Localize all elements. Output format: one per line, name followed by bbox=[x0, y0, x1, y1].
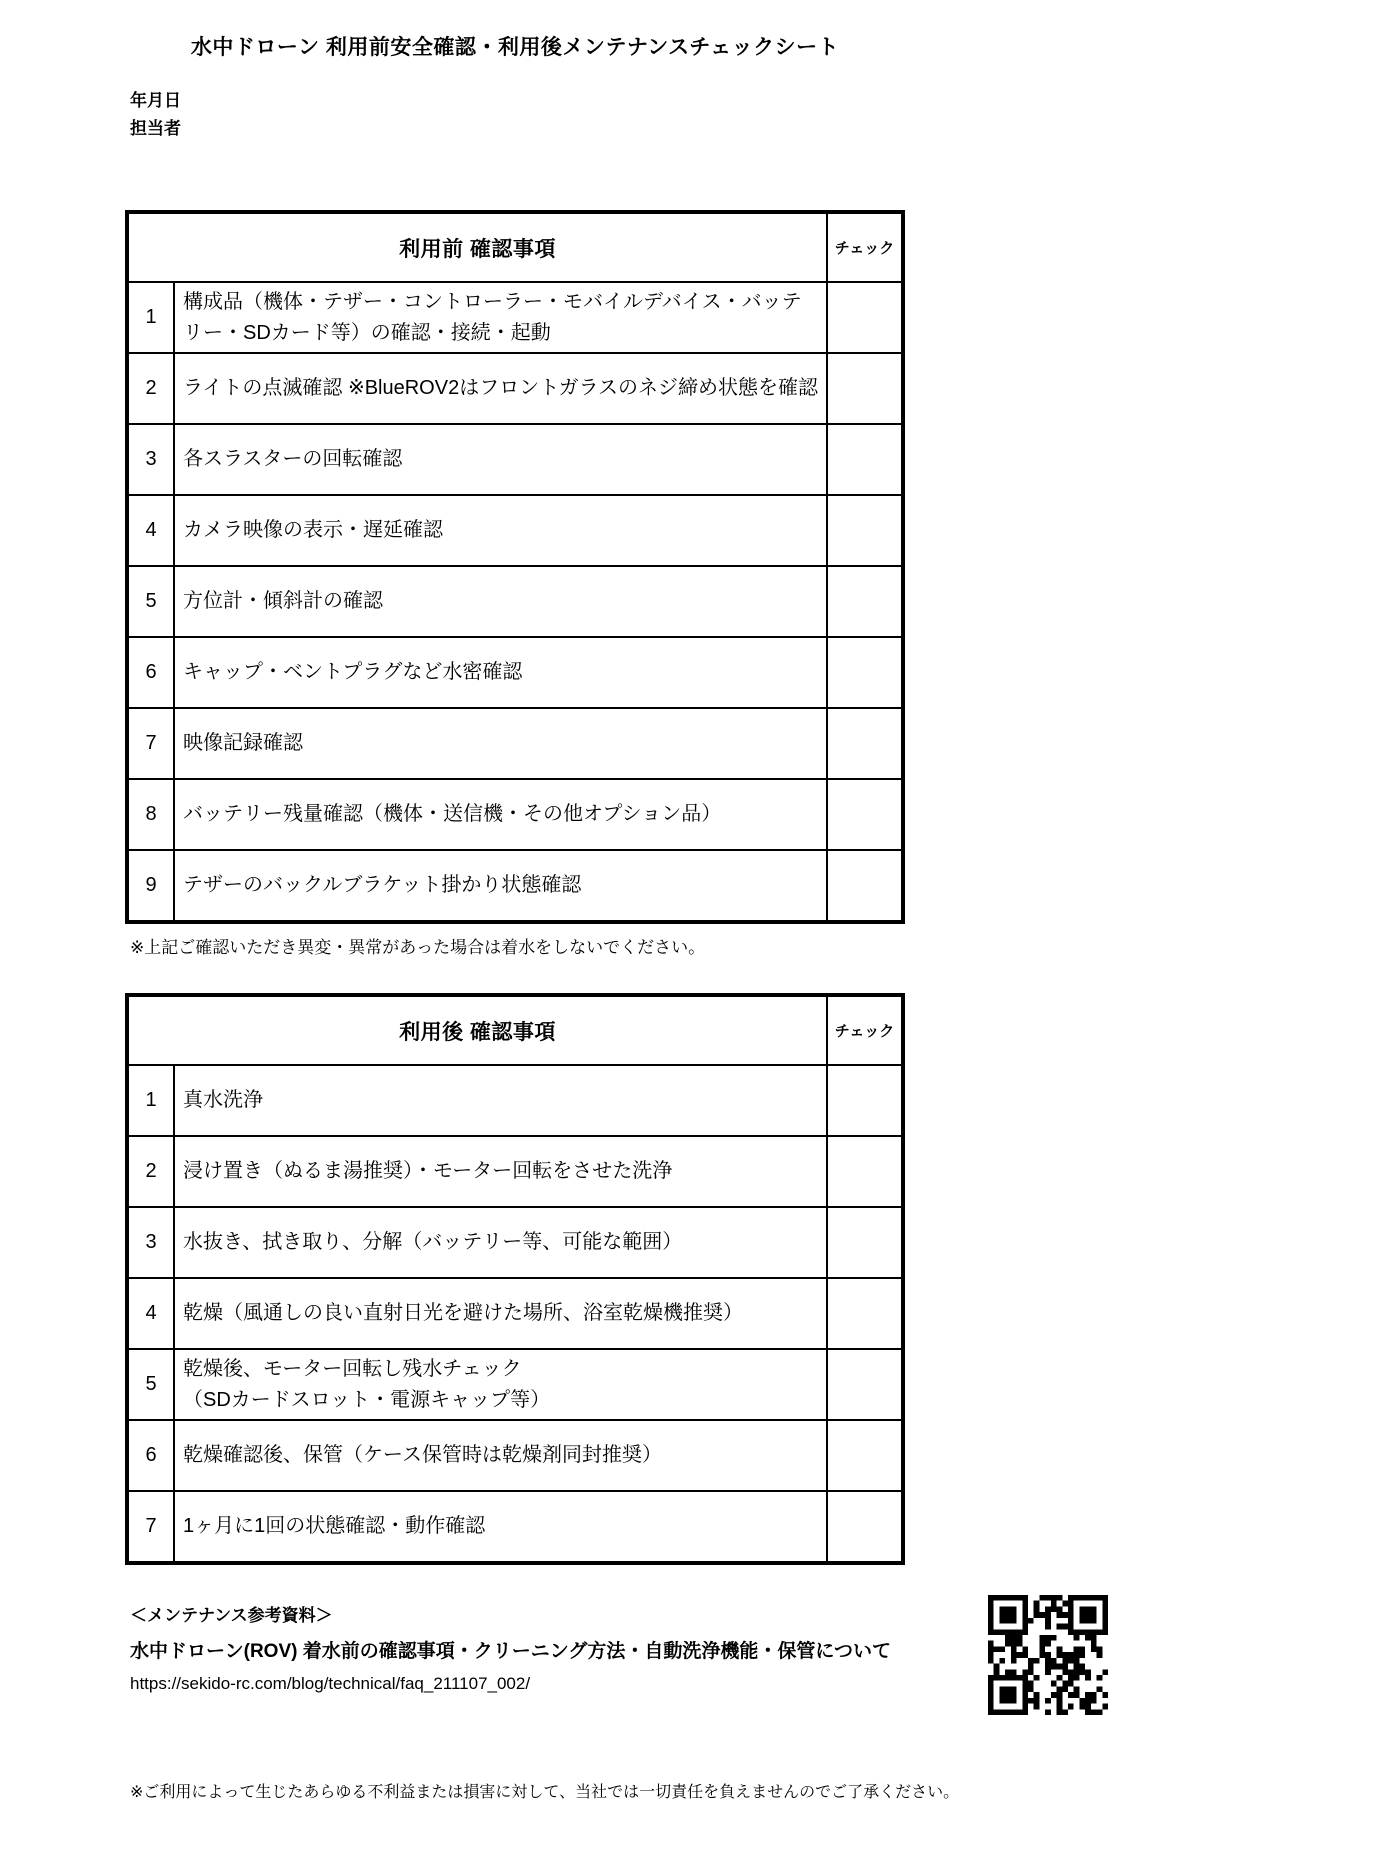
table-row: 6 乾燥確認後、保管（ケース保管時は乾燥剤同封推奨） bbox=[129, 1419, 901, 1490]
row-number: 5 bbox=[129, 1350, 173, 1419]
row-number: 3 bbox=[129, 1208, 173, 1277]
checksheet-page: 水中ドローン 利用前安全確認・利用後メンテナンスチェックシート 年月日 担当者 … bbox=[0, 0, 1400, 1862]
row-number: 2 bbox=[129, 1137, 173, 1206]
check-item-text: 各スラスターの回転確認 bbox=[173, 425, 826, 494]
table-row: 2 浸け置き（ぬるま湯推奨）・モーター回転をさせた洗浄 bbox=[129, 1135, 901, 1206]
row-number: 4 bbox=[129, 496, 173, 565]
check-cell[interactable] bbox=[826, 567, 901, 636]
table-row: 7 1ヶ月に1回の状態確認・動作確認 bbox=[129, 1490, 901, 1561]
table-row: 4 カメラ映像の表示・遅延確認 bbox=[129, 494, 901, 565]
row-number: 8 bbox=[129, 780, 173, 849]
check-cell[interactable] bbox=[826, 1350, 901, 1419]
row-number: 5 bbox=[129, 567, 173, 636]
table-row: 5 乾燥後、モーター回転し残水チェック （SDカードスロット・電源キャップ等） bbox=[129, 1348, 901, 1419]
check-item-text: 映像記録確認 bbox=[173, 709, 826, 778]
row-number: 6 bbox=[129, 1421, 173, 1490]
table-row: 8 バッテリー残量確認（機体・送信機・その他オプション品） bbox=[129, 778, 901, 849]
check-cell[interactable] bbox=[826, 496, 901, 565]
check-cell[interactable] bbox=[826, 1066, 901, 1135]
check-item-text: 乾燥確認後、保管（ケース保管時は乾燥剤同封推奨） bbox=[173, 1421, 826, 1490]
pre-table-note: ※上記ご確認いただき異変・異常があった場合は着水をしないでください。 bbox=[130, 933, 705, 958]
table-row: 5 方位計・傾斜計の確認 bbox=[129, 565, 901, 636]
check-item-text: カメラ映像の表示・遅延確認 bbox=[173, 496, 826, 565]
check-cell[interactable] bbox=[826, 851, 901, 920]
check-cell[interactable] bbox=[826, 1208, 901, 1277]
row-number: 4 bbox=[129, 1279, 173, 1348]
check-item-text: 浸け置き（ぬるま湯推奨）・モーター回転をさせた洗浄 bbox=[173, 1137, 826, 1206]
check-cell[interactable] bbox=[826, 425, 901, 494]
post-table-header: 利用後 確認事項 チェック bbox=[129, 997, 901, 1064]
qr-code-icon bbox=[988, 1595, 1108, 1715]
page-title: 水中ドローン 利用前安全確認・利用後メンテナンスチェックシート bbox=[125, 31, 905, 61]
check-cell[interactable] bbox=[826, 1279, 901, 1348]
check-item-text: 乾燥後、モーター回転し残水チェック （SDカードスロット・電源キャップ等） bbox=[173, 1350, 826, 1419]
check-item-text: テザーのバックルブラケット掛かり状態確認 bbox=[173, 851, 826, 920]
row-number: 9 bbox=[129, 851, 173, 920]
row-number: 6 bbox=[129, 638, 173, 707]
check-column-header: チェック bbox=[826, 997, 901, 1064]
check-item-text: キャップ・ベントプラグなど水密確認 bbox=[173, 638, 826, 707]
reference-url[interactable]: https://sekido-rc.com/blog/technical/faq… bbox=[130, 1674, 530, 1694]
table-row: 3 水抜き、拭き取り、分解（バッテリー等、可能な範囲） bbox=[129, 1206, 901, 1277]
row-number: 1 bbox=[129, 1066, 173, 1135]
check-item-text: 方位計・傾斜計の確認 bbox=[173, 567, 826, 636]
check-cell[interactable] bbox=[826, 283, 901, 352]
table-row: 1 真水洗浄 bbox=[129, 1064, 901, 1135]
disclaimer-note: ※ご利用によって生じたあらゆる不利益または損害に対して、当社では一切責任を負えま… bbox=[130, 1779, 959, 1802]
staff-label: 担当者 bbox=[130, 114, 181, 139]
check-item-text: ライトの点滅確認 ※BlueROV2はフロントガラスのネジ締め状態を確認 bbox=[173, 354, 826, 423]
table-row: 6 キャップ・ベントプラグなど水密確認 bbox=[129, 636, 901, 707]
table-row: 7 映像記録確認 bbox=[129, 707, 901, 778]
post-check-table: 利用後 確認事項 チェック 1 真水洗浄 2 浸け置き（ぬるま湯推奨）・モーター… bbox=[125, 993, 905, 1565]
check-item-text: 真水洗浄 bbox=[173, 1066, 826, 1135]
table-row: 9 テザーのバックルブラケット掛かり状態確認 bbox=[129, 849, 901, 920]
table-row: 2 ライトの点滅確認 ※BlueROV2はフロントガラスのネジ締め状態を確認 bbox=[129, 352, 901, 423]
row-number: 1 bbox=[129, 283, 173, 352]
check-cell[interactable] bbox=[826, 1137, 901, 1206]
check-item-text: 乾燥（風通しの良い直射日光を避けた場所、浴室乾燥機推奨） bbox=[173, 1279, 826, 1348]
post-table-title: 利用後 確認事項 bbox=[129, 997, 826, 1064]
row-number: 2 bbox=[129, 354, 173, 423]
table-row: 1 構成品（機体・テザー・コントローラー・モバイルデバイス・バッテ リー・SDカ… bbox=[129, 281, 901, 352]
reference-link-title: 水中ドローン(ROV) 着水前の確認事項・クリーニング方法・自動洗浄機能・保管に… bbox=[130, 1636, 891, 1663]
table-row: 4 乾燥（風通しの良い直射日光を避けた場所、浴室乾燥機推奨） bbox=[129, 1277, 901, 1348]
check-cell[interactable] bbox=[826, 1421, 901, 1490]
pre-table-title: 利用前 確認事項 bbox=[129, 214, 826, 281]
check-cell[interactable] bbox=[826, 354, 901, 423]
check-cell[interactable] bbox=[826, 1492, 901, 1561]
check-item-text: 構成品（機体・テザー・コントローラー・モバイルデバイス・バッテ リー・SDカード… bbox=[173, 283, 826, 352]
check-item-text: 1ヶ月に1回の状態確認・動作確認 bbox=[173, 1492, 826, 1561]
table-row: 3 各スラスターの回転確認 bbox=[129, 423, 901, 494]
check-cell[interactable] bbox=[826, 709, 901, 778]
check-cell[interactable] bbox=[826, 638, 901, 707]
date-label: 年月日 bbox=[130, 86, 181, 111]
pre-table-header: 利用前 確認事項 チェック bbox=[129, 214, 901, 281]
row-number: 3 bbox=[129, 425, 173, 494]
pre-check-table: 利用前 確認事項 チェック 1 構成品（機体・テザー・コントローラー・モバイルデ… bbox=[125, 210, 905, 924]
check-column-header: チェック bbox=[826, 214, 901, 281]
row-number: 7 bbox=[129, 709, 173, 778]
check-item-text: 水抜き、拭き取り、分解（バッテリー等、可能な範囲） bbox=[173, 1208, 826, 1277]
row-number: 7 bbox=[129, 1492, 173, 1561]
check-cell[interactable] bbox=[826, 780, 901, 849]
check-item-text: バッテリー残量確認（機体・送信機・その他オプション品） bbox=[173, 780, 826, 849]
reference-heading: ＜メンテナンス参考資料＞ bbox=[130, 1601, 333, 1626]
